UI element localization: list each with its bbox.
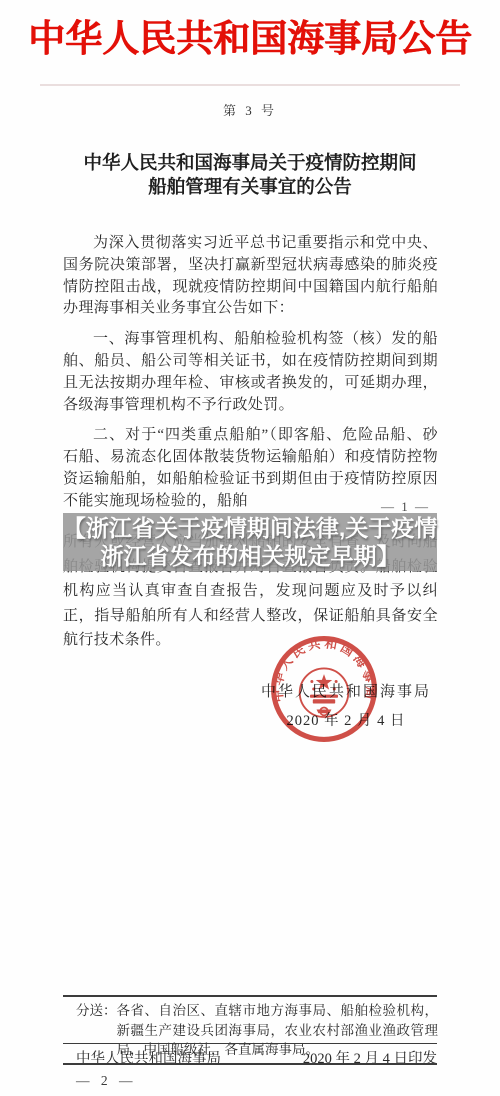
masthead-title: 中华人民共和国海事局公告: [0, 8, 500, 62]
footer-bottom-rule: [63, 1063, 437, 1065]
issue-number: 第 3 号: [0, 100, 500, 119]
body-text-page1: 为深入贯彻落实习近平总书记重要指示和党中央、国务院决策部署，坚决打赢新型冠状病毒…: [63, 233, 438, 513]
national-emblem-icon: [300, 668, 349, 717]
masthead-divider: [40, 84, 460, 86]
document-title-line1: 中华人民共和国海事局关于疫情防控期间: [0, 152, 500, 176]
page-number-2: — 2 —: [76, 1073, 137, 1089]
paragraph-item-1: 一、海事管理机构、船舶检验机构签（核）发的船舶、船员、船公司等相关证书，如在疫情…: [63, 329, 438, 416]
document-page: 中华人民共和国海事局公告 第 3 号 中华人民共和国海事局关于疫情防控期间 船舶…: [0, 0, 500, 1096]
caption-line2: 浙江省发布的相关规定早期】: [101, 542, 400, 570]
paragraph-intro: 为深入贯彻落实习近平总书记重要指示和党中央、国务院决策部署，坚决打赢新型冠状病毒…: [63, 233, 438, 320]
footer-top-rule: [63, 995, 437, 997]
caption-line1: 【浙江省关于疫情期间法律,关于疫情: [63, 514, 437, 542]
official-seal: 中华人民共和国海事局: [268, 633, 380, 745]
footer-middle-rule: [63, 1043, 437, 1044]
document-title-line2: 船舶管理有关事宜的公告: [0, 176, 500, 200]
caption-overlay: 【浙江省关于疫情期间法律,关于疫情 浙江省发布的相关规定早期】: [63, 513, 437, 571]
document-title: 中华人民共和国海事局关于疫情防控期间 船舶管理有关事宜的公告: [0, 152, 500, 200]
